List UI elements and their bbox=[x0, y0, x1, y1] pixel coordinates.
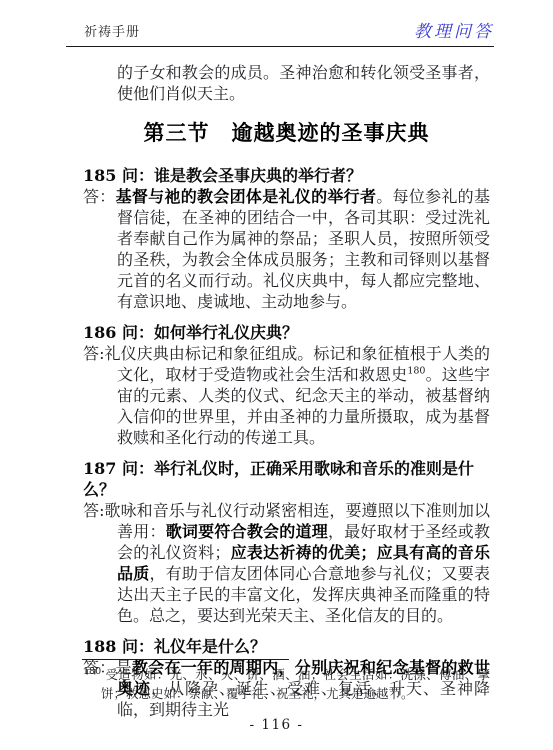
header-left-title: 祈祷手册 bbox=[66, 24, 140, 42]
question-line: 186 问：如何举行礼仪庆典？ bbox=[83, 322, 490, 343]
answer-segment: ，有助于信友团体同心合意地参与礼仪；又要表达出天主子民的丰富文化，发挥庆典神圣而… bbox=[117, 564, 490, 625]
question-line: 188 问：礼仪年是什么？ bbox=[83, 636, 490, 657]
footnote: 180受造物如：光、水、火、饼、酒、油；社会生活如：洗涤、傅油、擘饼；救恩史如：… bbox=[83, 659, 490, 703]
answer-label: 答： bbox=[83, 187, 116, 206]
header-right-title: 教理问答 bbox=[414, 22, 494, 42]
page-content: 的子女和教会的成员。圣神治愈和转化领受圣事者，使他们肖似天主。 第三节 逾越奥迹… bbox=[83, 62, 490, 720]
answer-paragraph: 答:歌咏和音乐与礼仪行动紧密相连，要遵照以下准则加以善用：歌词要符合教会的道理，… bbox=[83, 500, 490, 626]
question-line: 185 问：谁是教会圣事庆典的举行者？ bbox=[83, 165, 490, 186]
answer-segment: 基督与祂的教会团体是礼仪的举行者 bbox=[116, 187, 377, 206]
running-header: 祈祷手册 教理问答 bbox=[66, 22, 494, 42]
header-rule bbox=[66, 46, 494, 47]
qa-item-186: 186 问：如何举行礼仪庆典？ 答:礼仪庆典由标记和象征组成。标记和象征植根于人… bbox=[83, 322, 490, 448]
answer-label: 答: bbox=[83, 344, 104, 363]
footnote-marker: 180 bbox=[83, 666, 101, 677]
qa-item-187: 187 问：举行礼仪时，正确采用歌咏和音乐的准则是什么？ 答:歌咏和音乐与礼仪行… bbox=[83, 458, 490, 626]
section-title: 第三节 逾越奥迹的圣事庆典 bbox=[83, 118, 490, 148]
footnote-reference: 180 bbox=[407, 366, 425, 377]
intro-paragraph: 的子女和教会的成员。圣神治愈和转化领受圣事者，使他们肖似天主。 bbox=[117, 62, 490, 104]
footnote-body: 受造物如：光、水、火、饼、酒、油；社会生活如：洗涤、傅油、擘饼；救恩史如：祭献、… bbox=[101, 667, 490, 701]
answer-segment: 歌词要符合教会的道理 bbox=[166, 522, 328, 541]
footnote-rule bbox=[82, 659, 289, 660]
answer-label: 答: bbox=[83, 501, 104, 520]
answer-paragraph: 答：基督与祂的教会团体是礼仪的举行者。每位参礼的基督信徒，在圣神的团结合一中，各… bbox=[83, 186, 490, 312]
qa-item-185: 185 问：谁是教会圣事庆典的举行者？ 答：基督与祂的教会团体是礼仪的举行者。每… bbox=[83, 165, 490, 312]
footnote-text: 180受造物如：光、水、火、饼、酒、油；社会生活如：洗涤、傅油、擘饼；救恩史如：… bbox=[83, 666, 490, 703]
document-page: 祈祷手册 教理问答 的子女和教会的成员。圣神治愈和转化领受圣事者，使他们肖似天主… bbox=[0, 0, 553, 750]
page-number: - 116 - bbox=[0, 717, 553, 733]
question-line: 187 问：举行礼仪时，正确采用歌咏和音乐的准则是什么？ bbox=[83, 458, 490, 500]
answer-paragraph: 答:礼仪庆典由标记和象征组成。标记和象征植根于人类的文化，取材于受造物或社会生活… bbox=[83, 343, 490, 448]
